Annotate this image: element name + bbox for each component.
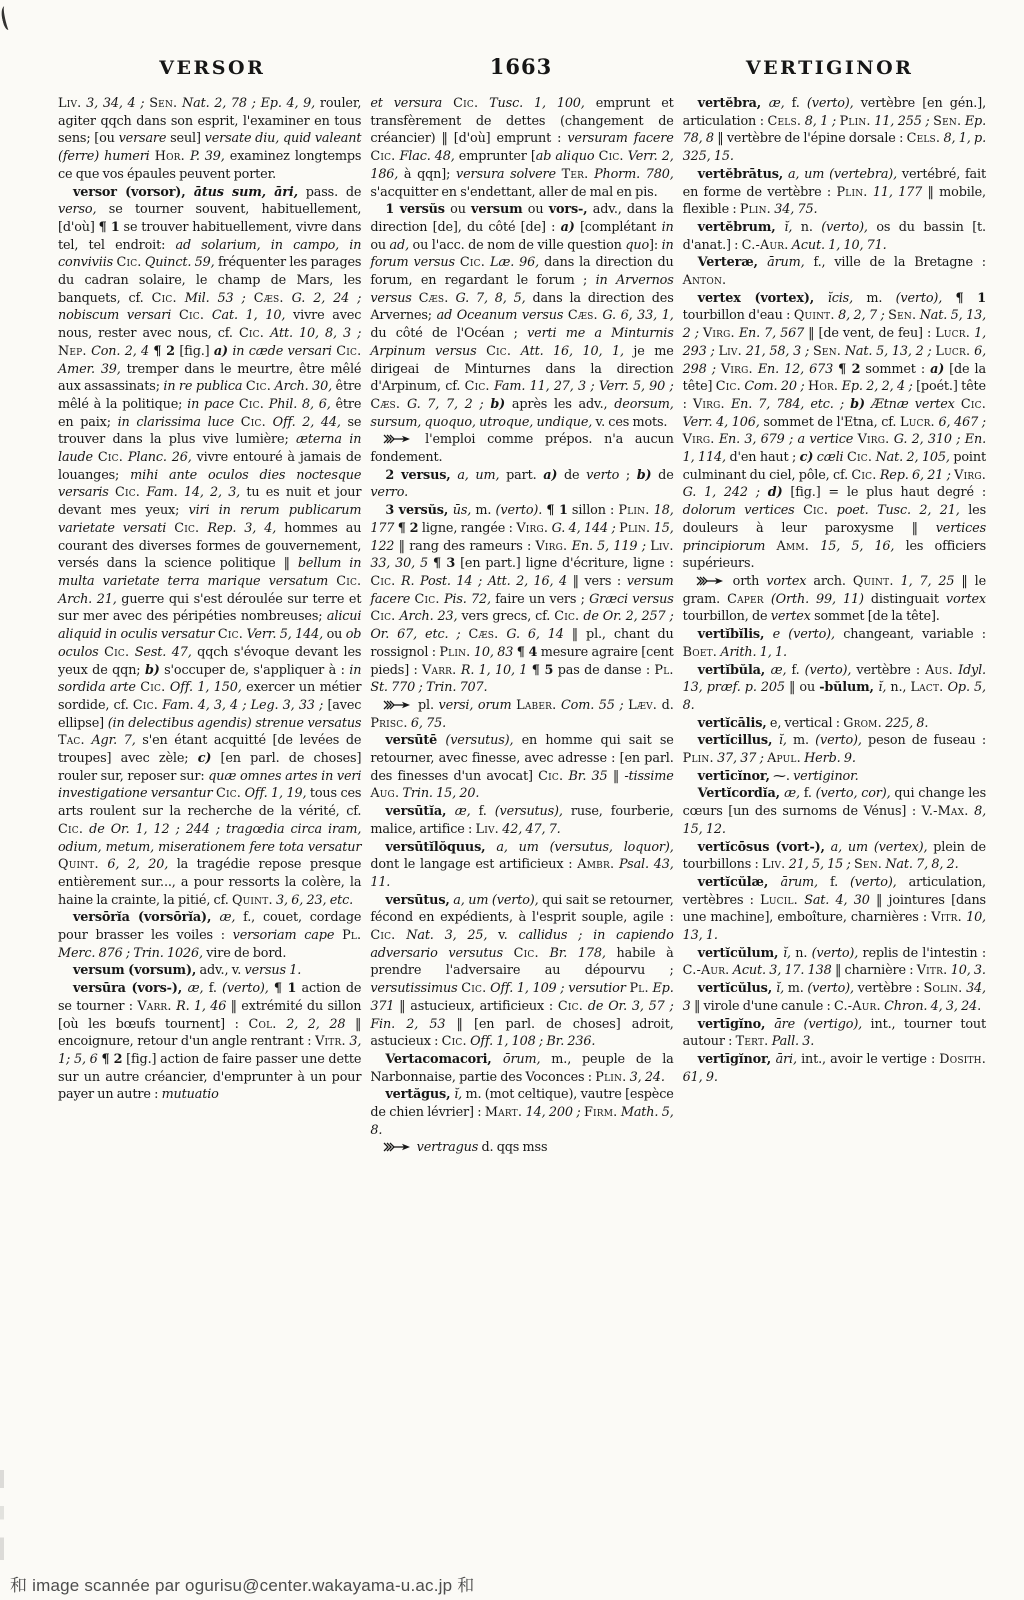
text-run: Ambr. bbox=[577, 857, 614, 872]
text-run: Cæs. bbox=[469, 627, 499, 642]
entry-paragraph: versūtĭlŏquus, a, um (versutus, loquor),… bbox=[370, 839, 673, 892]
remark-arrow-icon bbox=[383, 1142, 411, 1152]
text-run: Nat. 2, 105, bbox=[872, 450, 950, 465]
text-run: 3 versŭs, bbox=[385, 503, 452, 518]
entry-paragraph: Verteræ, ārum, f., ville de la Bretagne … bbox=[683, 254, 986, 289]
text-run: Off. 1, 19, bbox=[241, 786, 306, 801]
text-run: Virg. bbox=[858, 432, 890, 447]
text-run: Att. 10, 8, 3 ; bbox=[264, 326, 361, 341]
column-1: Liv. 3, 34, 4 ; Sen. Nat. 2, 78 ; Ep. 4,… bbox=[58, 95, 361, 1157]
text-run: Vitr. bbox=[931, 910, 962, 925]
text-run: versi, orum bbox=[439, 698, 512, 713]
text-run: G. 4, 144 ; bbox=[548, 521, 619, 536]
entry-paragraph: vertĭcŭlus, ĭ, m. (verto), vertèbre : So… bbox=[683, 980, 986, 1015]
text-run: f. bbox=[471, 804, 495, 819]
text-run: f. bbox=[818, 875, 850, 890]
text-run: vertĭcŭlus, bbox=[698, 981, 776, 996]
text-run: ārum, bbox=[767, 255, 804, 270]
text-run: ĭcis, bbox=[828, 291, 853, 306]
text-run: v. bbox=[487, 928, 518, 943]
text-run bbox=[485, 840, 496, 855]
text-run: c) bbox=[800, 450, 814, 465]
text-run: Lucr. bbox=[935, 326, 970, 341]
text-run: Cic. bbox=[803, 503, 828, 518]
text-run: Cic. bbox=[241, 415, 266, 430]
text-run: Cic. bbox=[115, 485, 140, 500]
text-run: (verto, cor), bbox=[816, 786, 891, 801]
text-run: Cic. bbox=[460, 255, 485, 270]
text-run: sillon : bbox=[568, 503, 619, 518]
text-run: Cic. bbox=[716, 379, 741, 394]
text-run: changeant, variable : bbox=[835, 627, 986, 642]
text-run: sommet : bbox=[860, 362, 930, 377]
text-run: Quint. bbox=[853, 574, 894, 589]
text-run: Quint. bbox=[794, 308, 835, 323]
text-run: En. 7, 784, etc. ; bbox=[725, 397, 850, 412]
text-run: Boet. bbox=[683, 645, 717, 660]
text-run: En. 5, 119 ; bbox=[567, 539, 650, 554]
text-run: Plin. bbox=[840, 114, 871, 129]
text-run bbox=[765, 539, 776, 554]
text-run: ĭ, bbox=[783, 946, 791, 961]
text-run: de bbox=[651, 468, 673, 483]
text-run: R. Post. 14 ; Att. 2, 16, 4 bbox=[395, 574, 567, 589]
text-run: a) bbox=[214, 344, 228, 359]
text-run: Cic. bbox=[370, 574, 395, 589]
text-run: ou bbox=[523, 202, 549, 217]
entry-paragraph: versūtĭa, æ, f. (versutus), ruse, fourbe… bbox=[370, 803, 673, 838]
text-run bbox=[328, 574, 336, 589]
text-run: Cic. bbox=[442, 1034, 467, 1049]
text-run: Cic. bbox=[851, 468, 876, 483]
text-run: ligne, rangée : bbox=[418, 521, 516, 536]
text-run: vers grecs, cf. bbox=[457, 609, 554, 624]
text-run: Cic. bbox=[98, 450, 123, 465]
entry-paragraph: vertĭcillus, ĭ, m. (verto), peson de fus… bbox=[683, 732, 986, 767]
text-run: vertĭbŭla, bbox=[698, 663, 771, 678]
text-run: Cic. bbox=[58, 822, 83, 837]
text-run: Sen. bbox=[149, 96, 177, 111]
text-run: Cic. bbox=[336, 574, 361, 589]
text-run: 14, 200 ; bbox=[522, 1105, 584, 1120]
text-run: ‖ virole d'une canule : bbox=[691, 999, 834, 1014]
text-run: m. bbox=[784, 981, 807, 996]
text-run: Sest. 47, bbox=[129, 645, 191, 660]
text-run: Quint. bbox=[58, 857, 99, 872]
text-run: Ep. 2, 2, 4 ; bbox=[838, 379, 912, 394]
text-run: Hor. bbox=[155, 149, 185, 164]
text-columns: Liv. 3, 34, 4 ; Sen. Nat. 2, 78 ; Ep. 4,… bbox=[58, 95, 986, 1157]
entry-paragraph: Liv. 3, 34, 4 ; Sen. Nat. 2, 78 ; Ep. 4,… bbox=[58, 95, 361, 184]
dictionary-page: VERSOR 1663 VERTIGINOR Liv. 3, 34, 4 ; S… bbox=[0, 0, 1024, 1600]
column-2: et versura Cic. Tusc. 1, 100, emprunt et… bbox=[370, 95, 673, 1157]
text-run: Caper bbox=[727, 592, 764, 607]
text-run: Nat. 7, 8, 2. bbox=[882, 857, 958, 872]
text-run: à qqn]; bbox=[398, 167, 456, 182]
text-run: faire un vers ; bbox=[491, 592, 589, 607]
text-run: G. 6, 14 bbox=[498, 627, 563, 642]
text-run: Anton. bbox=[683, 273, 727, 288]
text-run: Arch. 30, bbox=[271, 379, 332, 394]
text-run: ; bbox=[619, 468, 637, 483]
text-run: Mil. 53 ; bbox=[177, 291, 254, 306]
text-run: Cic. bbox=[538, 769, 563, 784]
text-run: (Orth. 99, 11) bbox=[771, 592, 864, 607]
text-run: (verto), bbox=[821, 220, 868, 235]
text-run: versum bbox=[471, 202, 522, 217]
text-run: Cic. bbox=[246, 379, 271, 394]
entry-paragraph: vertex (vortex), ĭcis, m. (verto), ¶ 1 t… bbox=[683, 290, 986, 573]
text-run: s'acquitter en s'endettant, aller de mal… bbox=[370, 185, 657, 200]
text-run: b) bbox=[637, 468, 652, 483]
text-run: vertèbre : bbox=[854, 981, 924, 996]
text-run: Hor. bbox=[808, 379, 838, 394]
text-run: 37, 37 ; bbox=[714, 751, 764, 766]
text-run: ōrum, bbox=[503, 1052, 541, 1067]
text-run: Cic. bbox=[558, 999, 583, 1014]
text-run: a) bbox=[561, 220, 575, 235]
text-run: 6, 467 ; bbox=[935, 415, 986, 430]
text-run: poet. Tusc. 2, 21, bbox=[828, 503, 960, 518]
text-run bbox=[412, 291, 419, 306]
text-run: ‖ bbox=[608, 769, 625, 784]
text-run: Lucr. bbox=[935, 344, 970, 359]
text-run: Virg. bbox=[703, 326, 735, 341]
text-run: versūtē bbox=[385, 733, 437, 748]
text-run: ⁓. bbox=[770, 769, 793, 784]
text-run: vertèbre : bbox=[851, 663, 925, 678]
text-run: (versutus), bbox=[445, 733, 513, 748]
text-run: Lucil. bbox=[760, 893, 798, 908]
text-run: Acut. 3, 17. 138 bbox=[729, 963, 831, 978]
text-run: dolorum vertices bbox=[683, 503, 795, 518]
text-run: ‖ [de vent, de feu] : bbox=[804, 326, 935, 341]
text-run: vertex bbox=[771, 609, 811, 624]
text-run: Quint. bbox=[232, 893, 273, 908]
text-run: vortex bbox=[946, 592, 986, 607]
entry-paragraph: vertĕbra, æ, f. (verto), vertèbre [en gé… bbox=[683, 95, 986, 166]
text-run: (verto), bbox=[807, 96, 854, 111]
text-run: (verto), bbox=[807, 981, 854, 996]
text-run: vire de bord. bbox=[203, 946, 286, 961]
text-run: Virg. bbox=[954, 468, 986, 483]
text-run: Planc. 26, bbox=[123, 450, 192, 465]
text-run: Cæs. bbox=[254, 291, 284, 306]
text-run: Fam. 14, 2, 3, bbox=[140, 485, 240, 500]
text-run: [en part.] ligne d'écriture, ligne : bbox=[455, 556, 674, 571]
text-run: part. bbox=[499, 468, 543, 483]
text-run: Fam. 4, 3, 4 ; Leg. 3, 33 ; bbox=[158, 698, 323, 713]
text-run: Cic. bbox=[179, 308, 204, 323]
text-run: b) bbox=[145, 663, 160, 678]
text-run bbox=[764, 592, 771, 607]
text-run: vertĭcŭlæ, bbox=[698, 875, 781, 890]
text-run: versoriam cape bbox=[233, 928, 335, 943]
text-run: Off. 1, 150, bbox=[165, 680, 241, 695]
text-run: G. 7, 7, 2 ; bbox=[400, 397, 483, 412]
text-run: Cæs. bbox=[568, 308, 598, 323]
text-run: 3, 34, 4 ; bbox=[81, 96, 149, 111]
text-run: Arith. 1, 1. bbox=[717, 645, 787, 660]
entry-paragraph: vertĭcŭlum, ĭ, n. (verto), replis de l'i… bbox=[683, 945, 986, 980]
text-run: orth bbox=[726, 574, 767, 589]
text-run: versor (vorsor), bbox=[73, 185, 194, 200]
text-run: Pis. 72, bbox=[440, 592, 491, 607]
text-run: versūra (vors-), bbox=[73, 981, 188, 996]
text-run: R. 1, 46 bbox=[172, 999, 227, 1014]
text-run: ou bbox=[323, 627, 346, 642]
text-run: Rep. 6, 21 ; bbox=[876, 468, 954, 483]
text-run: vertĕbra, bbox=[698, 96, 769, 111]
text-run: emprunter [ bbox=[455, 149, 536, 164]
text-run: Dosith. bbox=[939, 1052, 986, 1067]
entry-paragraph: vertĭcōsus (vort-), a, um (vertex), plei… bbox=[683, 839, 986, 874]
text-run: vortex bbox=[766, 574, 806, 589]
text-run: (verto). bbox=[496, 503, 543, 518]
text-run: Phil. 8, 6, bbox=[264, 397, 331, 412]
text-run bbox=[764, 627, 772, 642]
text-run: -tissime bbox=[624, 769, 673, 784]
text-run: vertĭcālis, bbox=[698, 716, 767, 731]
text-run: Col. bbox=[249, 1017, 277, 1032]
text-run: 10, 3. bbox=[947, 963, 985, 978]
text-run: En. 7, 567 bbox=[735, 326, 804, 341]
text-run: pass. de bbox=[298, 185, 361, 200]
text-run: f. bbox=[800, 786, 816, 801]
text-run: Nat. 2, 78 ; Ep. 4, 9, bbox=[177, 96, 315, 111]
text-run: versūtĭlŏquus, bbox=[385, 840, 485, 855]
text-run: Cic. bbox=[152, 291, 177, 306]
text-run: ¶ 2 bbox=[101, 1052, 122, 1067]
text-run: Liv. bbox=[58, 96, 81, 111]
text-run: Cic. bbox=[461, 981, 486, 996]
text-run: Plin. bbox=[619, 521, 650, 536]
text-run: P. 39, bbox=[185, 149, 225, 164]
text-run: (verto), bbox=[896, 291, 943, 306]
text-run: ‖ astucieux, artificieux : bbox=[394, 999, 558, 1014]
text-run: Tac. bbox=[58, 733, 85, 748]
text-run: 15, 5, 16, bbox=[809, 539, 894, 554]
text-run: a, um, bbox=[457, 468, 499, 483]
text-run: Apul. bbox=[767, 751, 801, 766]
text-run: Cic. bbox=[239, 397, 264, 412]
text-run: vertĭcŭlum, bbox=[698, 946, 783, 961]
text-run: æ, bbox=[219, 910, 235, 925]
text-run: vertĭbĭlis, bbox=[698, 627, 765, 642]
text-run: 3, 6, 23, etc. bbox=[273, 893, 353, 908]
text-run: b) bbox=[490, 397, 505, 412]
text-run: ūs, bbox=[453, 503, 471, 518]
text-run: d. bbox=[657, 698, 674, 713]
text-run: replis de l'intestin : bbox=[858, 946, 986, 961]
entry-paragraph: vertĭbĭlis, e (verto), changeant, variab… bbox=[683, 626, 986, 661]
text-run: æ, bbox=[769, 96, 785, 111]
text-run: Ter. bbox=[562, 167, 589, 182]
page-number: 1663 bbox=[367, 54, 676, 79]
remark-arrow-icon bbox=[383, 700, 411, 710]
text-run: ĭ, bbox=[779, 733, 787, 748]
text-run: Cæs. bbox=[419, 291, 449, 306]
text-run: a) bbox=[543, 468, 557, 483]
text-run: Verr. 5, 144, bbox=[243, 627, 323, 642]
text-run: Sen. bbox=[888, 308, 916, 323]
text-run: Nat. 3, 25, bbox=[395, 928, 487, 943]
text-run: Off. 1, 109 ; versutior bbox=[486, 981, 625, 996]
text-run: int., avoir le vertige : bbox=[797, 1052, 939, 1067]
text-run: n. bbox=[792, 220, 821, 235]
text-run: ad Oceanum versus bbox=[437, 308, 564, 323]
text-run: versuram facere bbox=[567, 131, 673, 146]
text-run: Pall. 3. bbox=[768, 1034, 814, 1049]
text-run: arch. bbox=[806, 574, 852, 589]
text-run: vertĭcillus, bbox=[698, 733, 779, 748]
text-run: C.-Aur. bbox=[742, 238, 789, 253]
text-run: pl. bbox=[413, 698, 438, 713]
entry-paragraph: versūtus, a, um (verto), qui sait se ret… bbox=[370, 892, 673, 1051]
entry-paragraph: vertĕbrātus, a, um (vertebra), vertébré,… bbox=[683, 166, 986, 219]
text-run: Cæs. bbox=[370, 397, 400, 412]
text-run: Arch. 23, bbox=[395, 609, 457, 624]
text-run: après les adv., bbox=[505, 397, 614, 412]
text-run: G. 7, 8, 5, bbox=[449, 291, 526, 306]
text-run: vors-, bbox=[549, 202, 588, 217]
header-keyword-left: VERSOR bbox=[58, 57, 367, 79]
text-run: (versutus), bbox=[495, 804, 563, 819]
text-run: En. 12, 673 bbox=[753, 362, 833, 377]
text-run: ārum, bbox=[781, 875, 818, 890]
text-run: Aug. bbox=[370, 786, 399, 801]
text-run: [complétant bbox=[575, 220, 662, 235]
text-run: m. bbox=[471, 503, 495, 518]
text-run: Sat. 4, 30 bbox=[798, 893, 870, 908]
text-run bbox=[171, 308, 179, 323]
text-run: Sen. bbox=[854, 857, 882, 872]
entry-paragraph: vertĭcŭlæ, ārum, f. (verto), articulatio… bbox=[683, 874, 986, 945]
text-run: in pace bbox=[187, 397, 234, 412]
text-run: Virg. bbox=[516, 521, 548, 536]
text-run: ātus sum, āri, bbox=[194, 185, 298, 200]
text-run: Cic. bbox=[961, 397, 986, 412]
text-run: a, um (vertebra), bbox=[788, 167, 897, 182]
text-run: Arch. 21, bbox=[58, 592, 117, 607]
text-run: ‖ vertèbre de l'épine dorsale : bbox=[714, 131, 907, 146]
text-run: Verteræ, bbox=[698, 255, 767, 270]
text-run: Cic. bbox=[599, 149, 624, 164]
remark-paragraph: vertragus d. qqs mss bbox=[370, 1139, 673, 1157]
text-run: æ, bbox=[784, 786, 800, 801]
text-run: Sen. bbox=[813, 344, 841, 359]
text-run: vertĕbrātus, bbox=[698, 167, 783, 182]
text-run: Phorm. 780, bbox=[588, 167, 673, 182]
text-run: vertragus bbox=[417, 1140, 478, 1155]
text-run: ¶ 2 bbox=[838, 362, 860, 377]
text-run: Tert. bbox=[736, 1034, 769, 1049]
text-run: Vitr. bbox=[315, 1034, 346, 1049]
text-run: 21, 5, 15 ; bbox=[785, 857, 854, 872]
text-run: du côté de l'Océan ; bbox=[370, 326, 527, 341]
text-run: ad, bbox=[390, 238, 409, 253]
text-run: Cic. bbox=[370, 149, 395, 164]
remark-paragraph: l'emploi comme prépos. n'a aucun fondeme… bbox=[370, 431, 673, 466]
scan-credit: 和 image scannée par ogurisu@center.wakay… bbox=[10, 1571, 474, 1596]
text-run: in re publica bbox=[163, 379, 242, 394]
text-run: de bbox=[557, 468, 586, 483]
text-run: d. qqs mss bbox=[478, 1140, 547, 1155]
text-run: C.-Aur. bbox=[834, 999, 881, 1014]
text-run: Plin. bbox=[740, 202, 771, 217]
text-run: Solin. bbox=[924, 981, 963, 996]
text-run: Liv. bbox=[650, 539, 673, 554]
text-run: 10, 83 bbox=[470, 645, 513, 660]
text-run: Cic. bbox=[554, 609, 579, 624]
text-run: Prisc. bbox=[370, 716, 407, 731]
text-run: Grom. bbox=[843, 716, 882, 731]
text-run bbox=[334, 928, 342, 943]
text-run: 2 versus, bbox=[385, 468, 450, 483]
entry-paragraph: Vertĭcordĭa, æ, f. (verto, cor), qui cha… bbox=[683, 785, 986, 838]
text-run: cæli bbox=[817, 450, 844, 465]
entry-paragraph: vertīgĭnor, āri, int., avoir le vertige … bbox=[683, 1051, 986, 1086]
text-run: Ætnæ vertex bbox=[871, 397, 955, 412]
text-run: Græci versus bbox=[589, 592, 674, 607]
text-run: Rep. 3, 4, bbox=[199, 521, 276, 536]
text-run: Plin. bbox=[439, 645, 470, 660]
text-run: m. bbox=[787, 733, 815, 748]
text-run: Cic. bbox=[370, 609, 395, 624]
text-run: Amm. bbox=[776, 539, 809, 554]
text-run: ab aliquo bbox=[536, 149, 595, 164]
text-run: Pl. bbox=[629, 981, 648, 996]
text-run: Cic. bbox=[174, 521, 199, 536]
entry-paragraph: vertĕbrum, ĭ, n. (verto), os du bassin [… bbox=[683, 219, 986, 254]
text-run: [fig.] bbox=[175, 344, 214, 359]
text-run: verto bbox=[586, 468, 619, 483]
text-run: in bbox=[662, 220, 674, 235]
text-run: Con. 2, 4 bbox=[87, 344, 149, 359]
text-run: Cic. bbox=[514, 946, 539, 961]
text-run: (verto), bbox=[815, 733, 862, 748]
text-run: 11, 177 bbox=[868, 185, 923, 200]
text-run: distinguait bbox=[864, 592, 946, 607]
text-run: ¶ 2 bbox=[153, 344, 175, 359]
remark-arrow-icon bbox=[383, 434, 411, 444]
text-run: ‖ vers : bbox=[567, 574, 627, 589]
text-run: Plin. bbox=[595, 1070, 626, 1085]
text-run: vertĭcōsus (vort-), bbox=[698, 840, 825, 855]
text-run: f. bbox=[203, 981, 222, 996]
text-run: Flac. 48, bbox=[395, 149, 454, 164]
text-run: versutissimus bbox=[370, 981, 457, 996]
text-run: æ, bbox=[771, 663, 787, 678]
text-run: Tusc. 1, 100, bbox=[478, 96, 585, 111]
text-run: dont le langage est artificieux : bbox=[370, 857, 577, 872]
text-run: Chron. 4, 3, 24. bbox=[881, 999, 981, 1014]
text-run: versūtĭa, bbox=[385, 804, 454, 819]
text-run: vertăgus, bbox=[385, 1087, 454, 1102]
column-3: vertĕbra, æ, f. (verto), vertèbre [en gé… bbox=[683, 95, 986, 1157]
text-run: vertīgĭnor, bbox=[698, 1052, 776, 1067]
entry-paragraph: Vertacomacori, ōrum, m., peuple de la Na… bbox=[370, 1051, 673, 1086]
text-run: Liv. bbox=[762, 857, 785, 872]
text-run: l'emploi comme prépos. n'a aucun fondeme… bbox=[370, 432, 673, 465]
text-run: Cic. bbox=[140, 680, 165, 695]
text-run: Acut. 1, 10, 71. bbox=[788, 238, 886, 253]
entry-paragraph: vertăgus, ĭ, m. (mot celtique), vautre [… bbox=[370, 1086, 673, 1139]
text-run: vertīgĭno, bbox=[698, 1017, 775, 1032]
text-run: Quinct. 59, bbox=[142, 255, 215, 270]
text-run: 61, 9. bbox=[683, 1070, 718, 1085]
text-run: æ, bbox=[188, 981, 204, 996]
